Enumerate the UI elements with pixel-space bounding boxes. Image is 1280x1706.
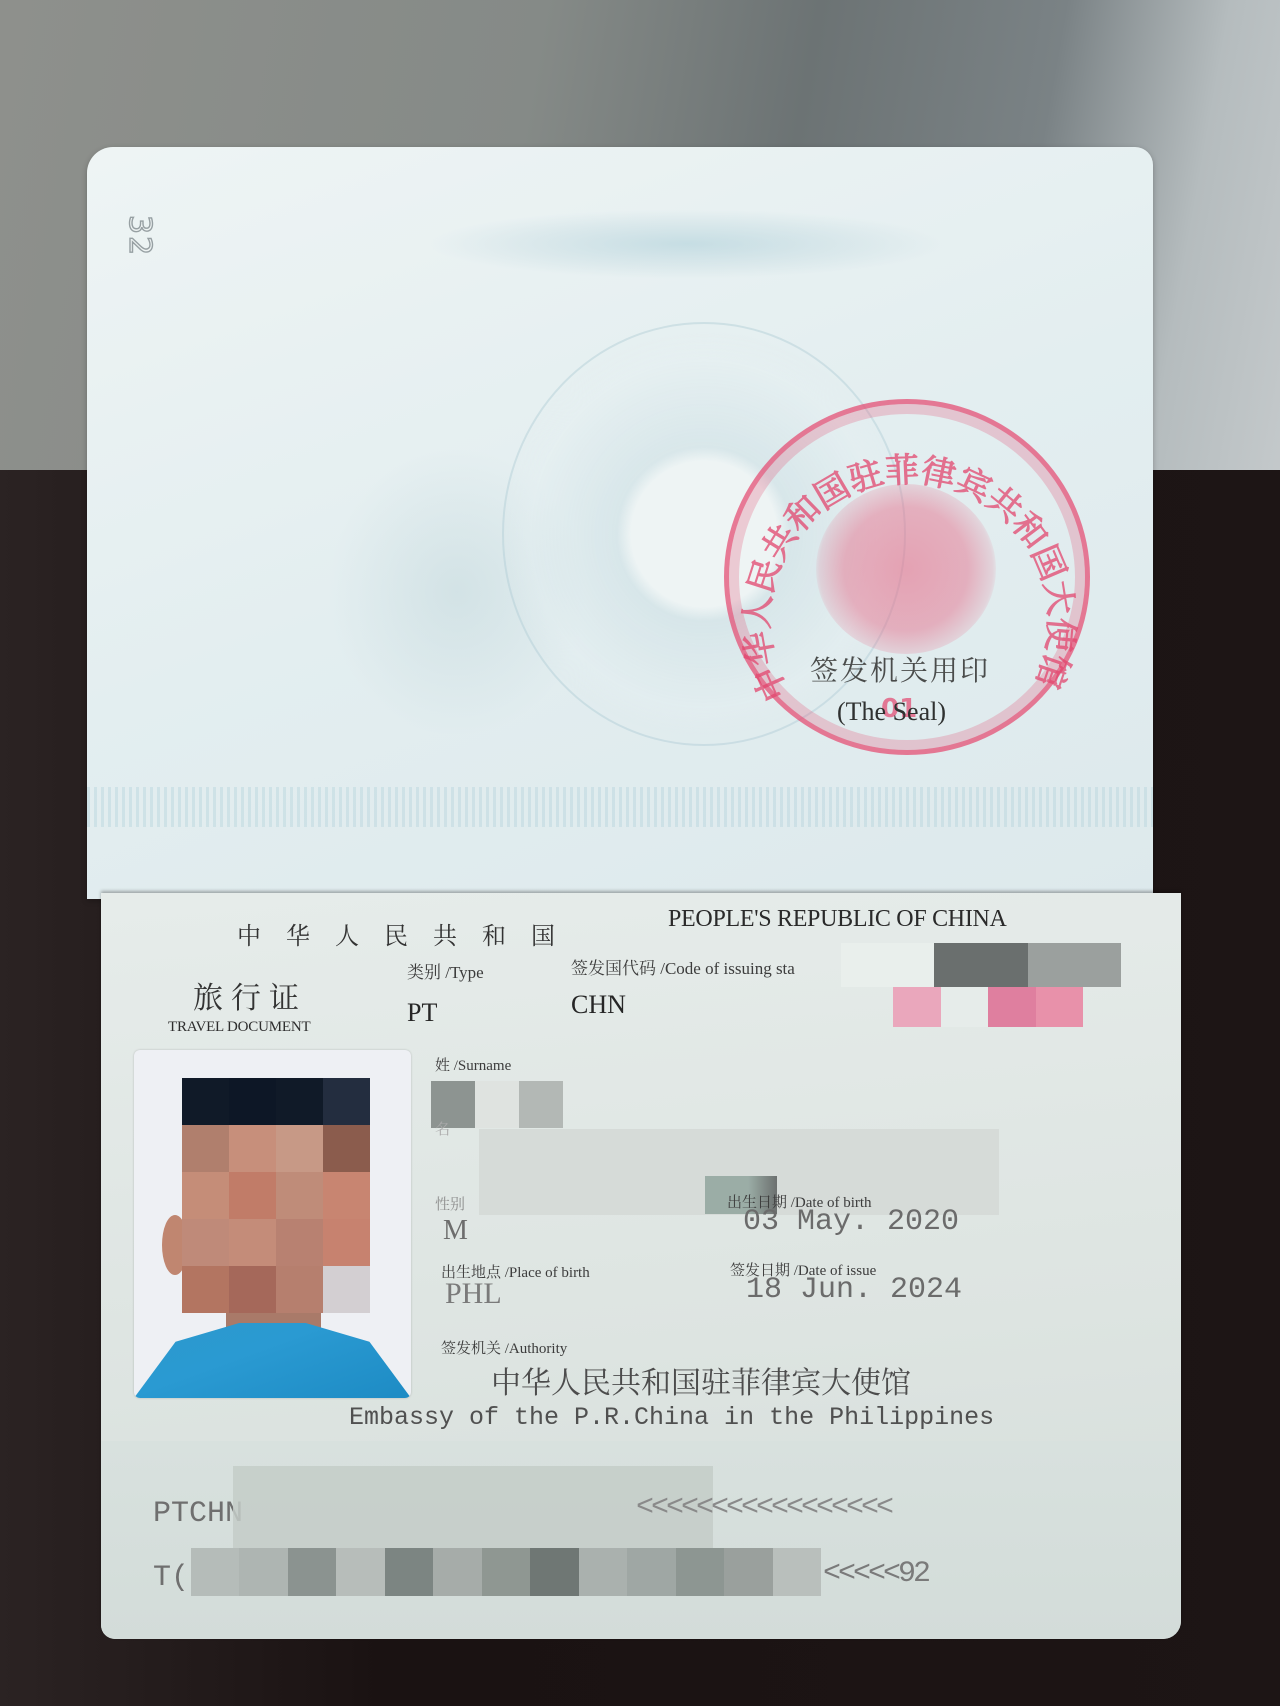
redaction-block [1028,943,1121,987]
redaction-block [288,1548,336,1596]
date-of-birth-value: 03 May. 2020 [743,1205,959,1239]
redaction-block [519,1081,563,1128]
redaction-block [934,943,1027,987]
pixel-block [276,1172,323,1219]
given-name-label: 名 [435,1118,450,1139]
wave-pattern [87,787,1153,827]
redaction-top-right [841,943,1121,987]
redaction-block [941,987,989,1027]
seal-caption-en: (The Seal) [837,697,946,727]
mrz-line2-end: <<<<<92 [823,1557,928,1591]
redaction-block [893,987,941,1027]
country-name-cn: 中华人民共和国 [237,916,580,951]
issuing-state-value: CHN [571,990,626,1020]
redaction-block [191,1548,239,1596]
pixel-block [229,1219,276,1266]
national-emblem-icon [816,484,996,654]
redaction-block [239,1548,287,1596]
redaction-block [433,1548,481,1596]
visa-page-upper: 32 中华人民共和国驻菲律宾共和国大使馆 01 签发机关用印 (The Seal… [87,147,1153,899]
pixel-block [323,1219,370,1266]
authority-value-en: Embassy of the P.R.China in the Philippi… [349,1403,994,1432]
surname-redacted [431,1081,563,1128]
pixel-block [323,1078,370,1125]
pixel-block [182,1125,229,1172]
country-name-en: PEOPLE'S REPUBLIC OF CHINA [668,906,1007,933]
pixel-block [276,1266,323,1313]
redaction-block [579,1548,627,1596]
mrz-line1-start: PTCHN [153,1497,243,1531]
pixel-block [323,1266,370,1313]
mrz-line2-start: T( [153,1561,189,1595]
redaction-block [773,1548,821,1596]
holder-photo [134,1050,411,1398]
document-title-en: TRAVEL DOCUMENT [168,1019,310,1036]
seal-caption-cn: 签发机关用印 [810,649,990,689]
pixel-block [276,1078,323,1125]
sex-value: M [443,1215,468,1247]
issuing-state-label: 签发国代码 /Code of issuing sta [571,954,795,979]
pixel-block [323,1125,370,1172]
redaction-block [627,1548,675,1596]
redaction-block [1036,987,1084,1027]
mrz-line1-filler: <<<<<<<<<<<<<<<<< [636,1491,891,1525]
pixel-block [323,1172,370,1219]
pixel-block [276,1219,323,1266]
redaction-block [988,987,1036,1027]
pixel-block [182,1078,229,1125]
data-page: 中华人民共和国 PEOPLE'S REPUBLIC OF CHINA 旅行证 T… [101,893,1181,1639]
pixel-block [182,1266,229,1313]
surname-label: 姓 /Surname [435,1054,511,1075]
photo-shirt [134,1323,411,1398]
place-of-birth-value: PHL [445,1277,502,1311]
pixel-block [229,1125,276,1172]
authority-value-cn: 中华人民共和国驻菲律宾大使馆 [491,1358,911,1402]
pixel-block [229,1078,276,1125]
redaction-block [841,943,934,987]
document-title-cn: 旅行证 [193,973,307,1017]
mrz-line2-redacted [191,1548,821,1596]
redaction-block [336,1548,384,1596]
authority-label: 签发机关 /Authority [441,1337,567,1358]
pixel-block [182,1219,229,1266]
sex-label: 性别 [435,1193,465,1214]
date-of-issue-value: 18 Jun. 2024 [746,1273,962,1307]
pixel-block [182,1172,229,1219]
redaction-top-right-pink [893,987,1083,1027]
redaction-block [530,1548,578,1596]
redaction-block [385,1548,433,1596]
pixel-block [229,1266,276,1313]
face-pixelation [182,1078,370,1313]
pixel-block [229,1172,276,1219]
redaction-block [482,1548,530,1596]
guilloche-ornament [427,209,947,279]
type-label: 类别 /Type [407,958,484,983]
type-value: PT [407,998,437,1028]
redaction-block [676,1548,724,1596]
redaction-block [475,1081,519,1128]
page-number: 32 [122,215,157,257]
redaction-block [724,1548,772,1596]
pixel-block [276,1125,323,1172]
